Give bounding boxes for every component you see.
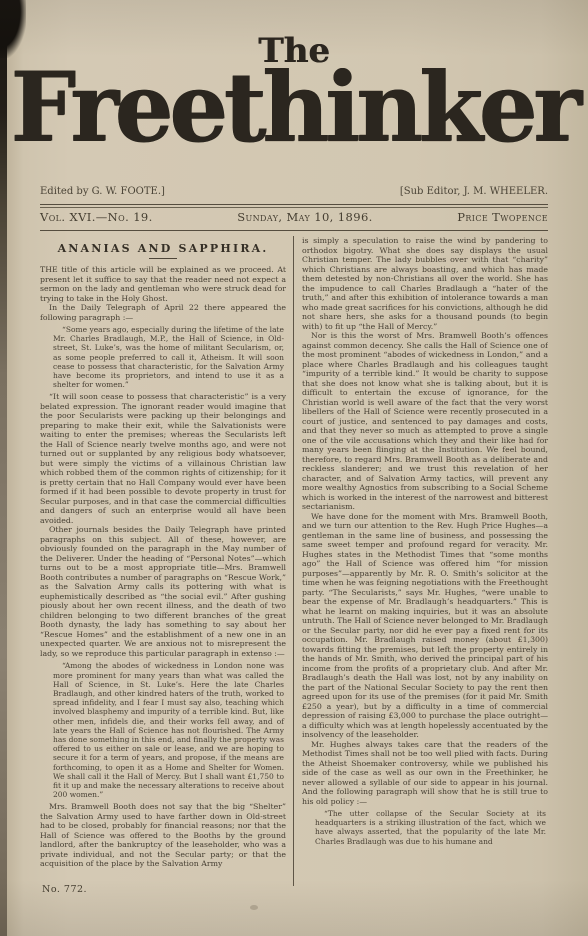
paragraph: “Some years ago, especially during the l… [53, 325, 284, 389]
paragraph: In the Daily Telegraph of April 22 there… [40, 303, 286, 322]
paragraph: “The utter collapse of the Secular Socie… [315, 809, 546, 846]
volume-number: Vol. XVI.—No. 19. [40, 210, 153, 224]
edited-by: Edited by G. W. FOOTE.] [40, 186, 165, 197]
issue-number: No. 772. [42, 884, 87, 895]
right-column: is simply a speculation to raise the win… [294, 236, 548, 886]
left-column-paragraphs: THE title of this article will be explai… [40, 265, 286, 869]
price: Price Twopence [457, 210, 548, 224]
paragraph: THE title of this article will be explai… [40, 265, 286, 303]
paragraph: “It will soon cease to possess that char… [40, 392, 286, 525]
masthead: The Freethinker [0, 34, 588, 152]
masthead-title: Freethinker [10, 60, 577, 154]
article-title: ANANIAS AND SAPPHIRA. [40, 242, 286, 255]
paragraph: Nor is this the worst of Mrs. Bramwell B… [302, 331, 548, 512]
editors-row: Edited by G. W. FOOTE.] [Sub Editor, J. … [40, 186, 548, 197]
paragraph: Other journals besides the Daily Telegra… [40, 525, 286, 658]
paragraph: We have done for the moment with Mrs. Br… [302, 512, 548, 740]
paragraph: is simply a speculation to raise the win… [302, 236, 548, 331]
dateline: Vol. XVI.—No. 19. Sunday, May 10, 1896. … [40, 210, 548, 224]
right-column-paragraphs: is simply a speculation to raise the win… [302, 236, 548, 846]
rule-top-thin [40, 207, 548, 208]
title-rule [149, 258, 177, 259]
left-column: ANANIAS AND SAPPHIRA. THE title of this … [40, 236, 294, 886]
issue-date: Sunday, May 10, 1896. [237, 210, 373, 224]
paragraph: Mr. Hughes always takes care that the re… [302, 740, 548, 807]
paragraph: Mrs. Bramwell Booth does not say that th… [40, 802, 286, 869]
rule-dateline-bottom [40, 230, 548, 231]
scan-smudge [250, 905, 258, 910]
newspaper-page: The Freethinker Edited by G. W. FOOTE.] … [0, 0, 588, 936]
article-columns: ANANIAS AND SAPPHIRA. THE title of this … [40, 236, 548, 886]
paragraph: “Among the abodes of wickedness in Londo… [53, 661, 284, 799]
rule-top [40, 204, 548, 205]
sub-editor: [Sub Editor, J. M. WHEELER. [400, 186, 548, 197]
